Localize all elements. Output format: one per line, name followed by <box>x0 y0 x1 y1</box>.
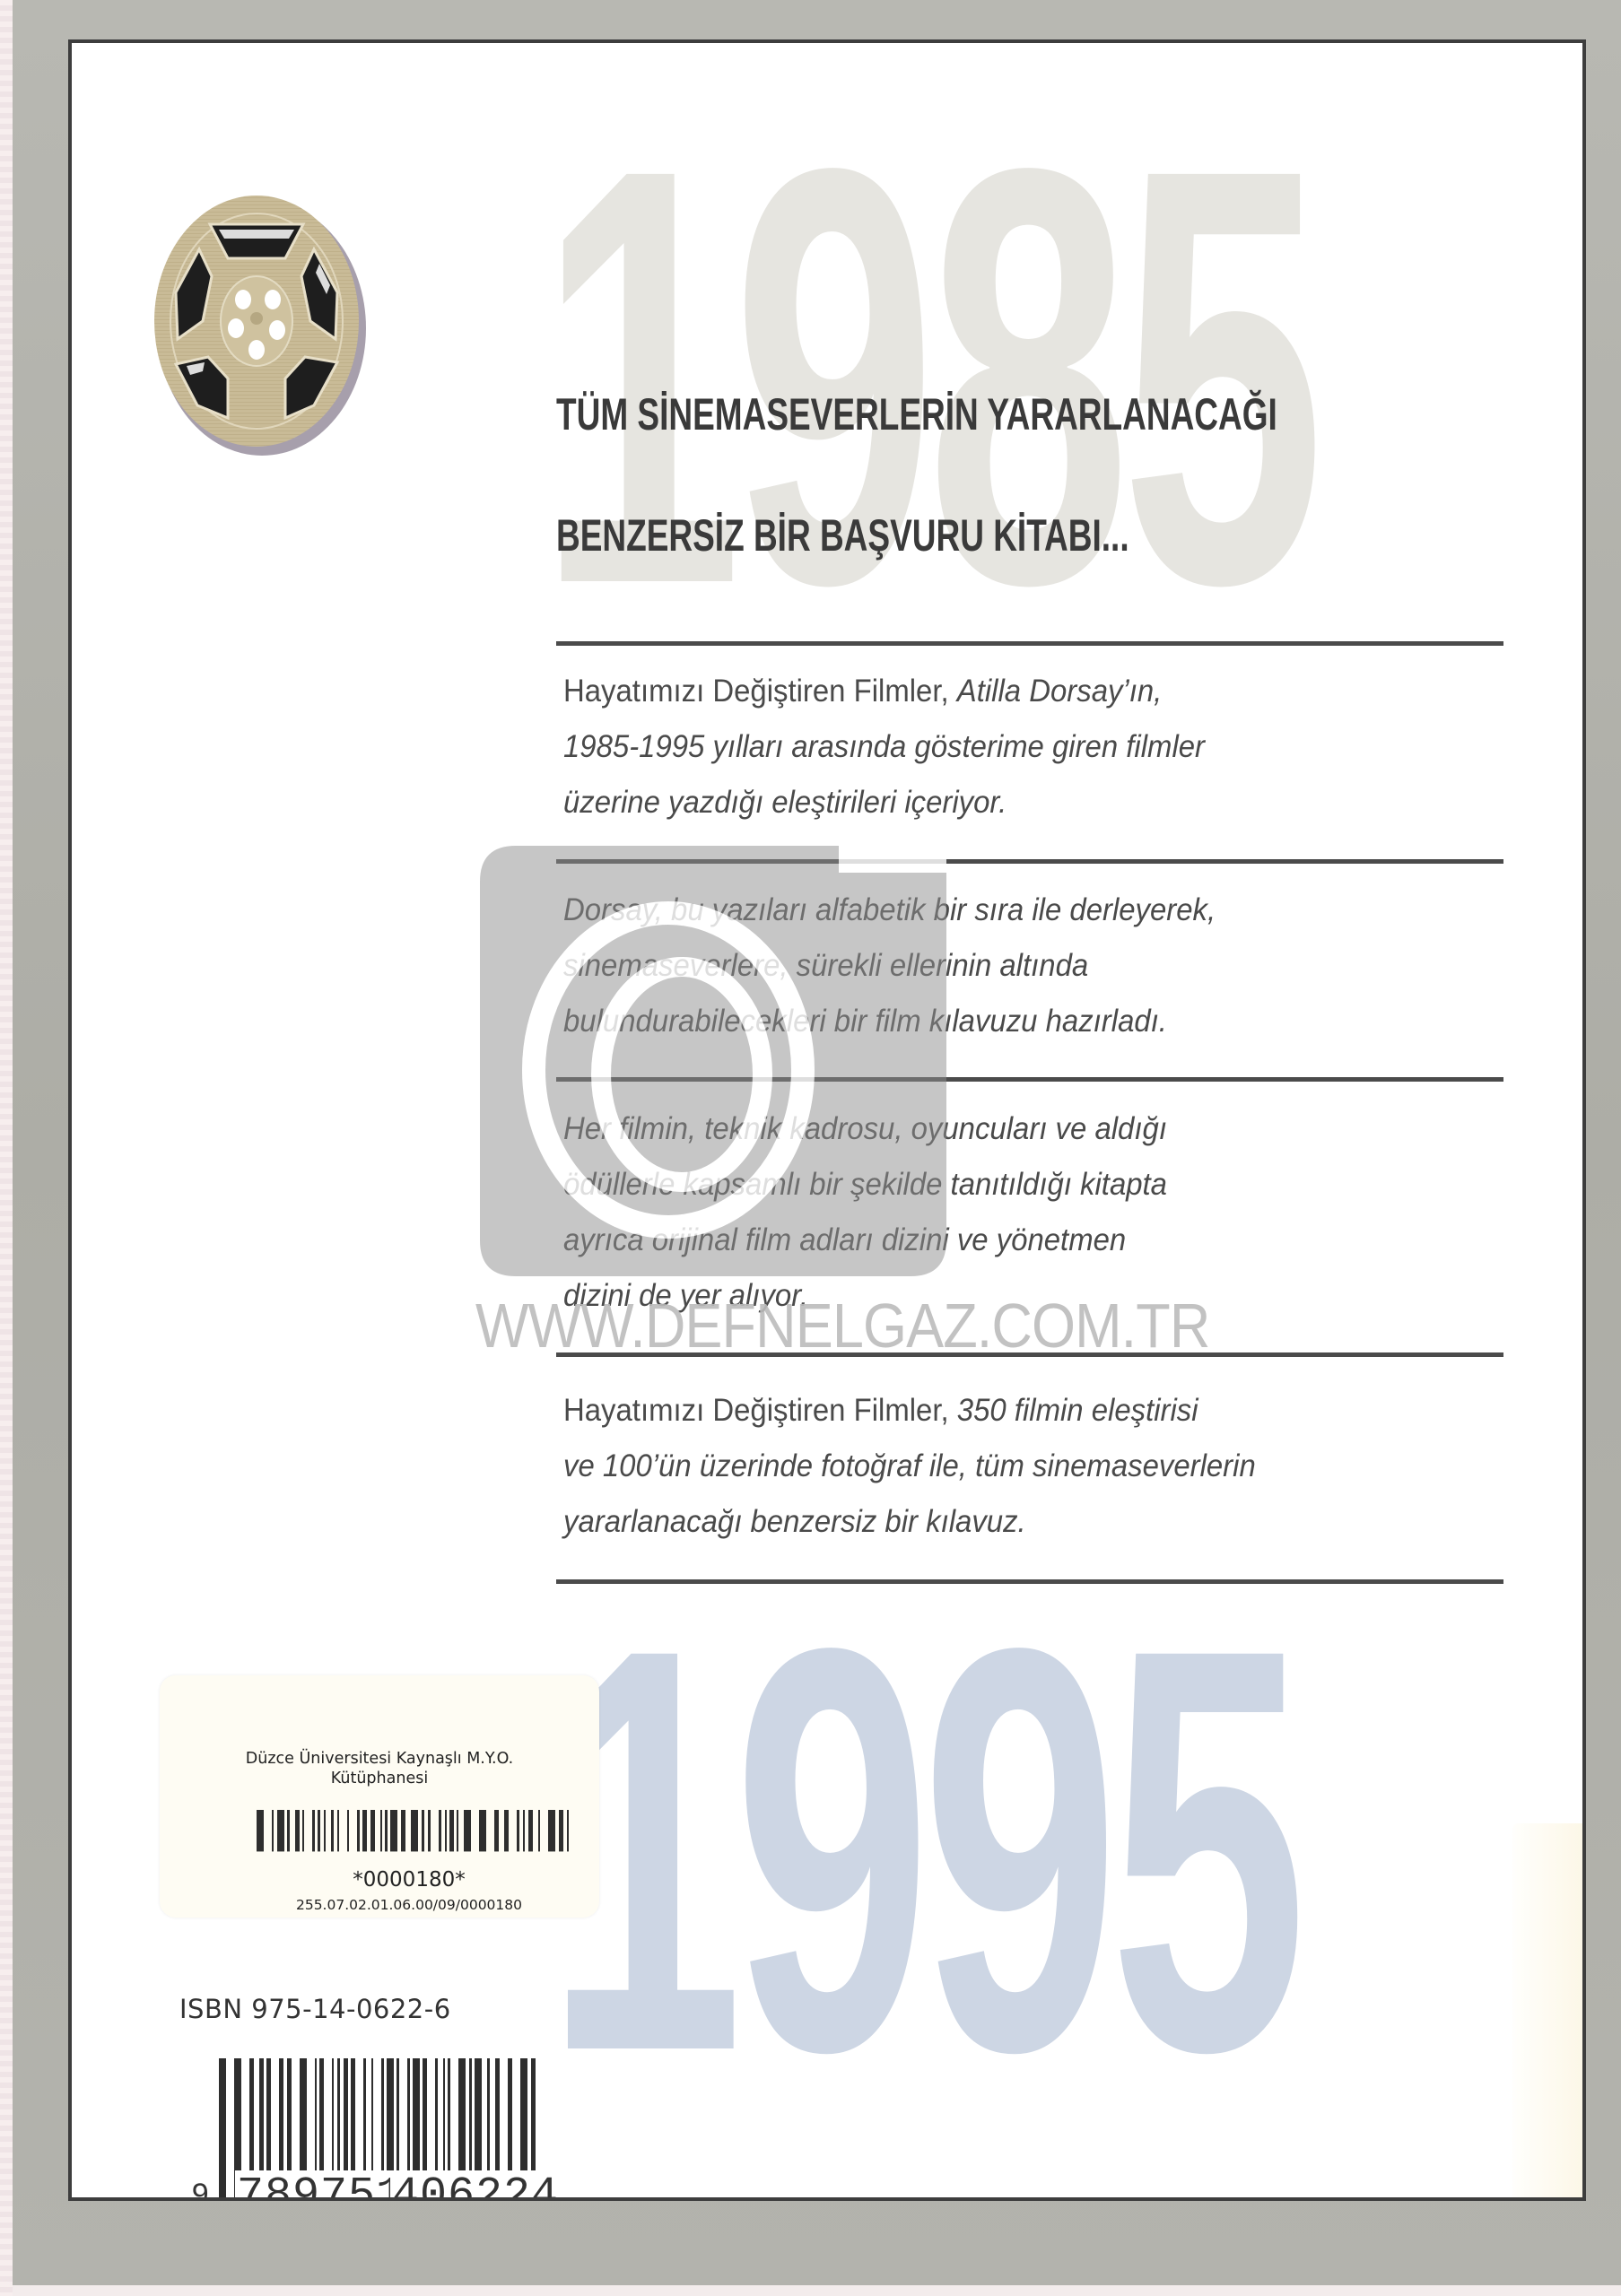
ean-left-digits: 789751 <box>235 2170 405 2201</box>
ean-first-digit: 9 <box>191 2179 209 2201</box>
isbn-label: ISBN 975-14-0622-6 <box>179 1994 451 2024</box>
book-back-cover: 1985 1995 <box>13 0 1621 2285</box>
spine-tape <box>1512 1823 1584 2201</box>
camera-watermark-icon <box>480 846 955 1276</box>
library-call-number: 255.07.02.01.06.00/09/0000180 <box>160 1897 599 1913</box>
watermark-url: WWW.DEFNELGAZ.COM.TR <box>475 1290 1209 1361</box>
paragraph-line: ve 100’ün üzerinde fotoğraf ile, tüm sin… <box>563 1439 1441 1494</box>
year-end-background: 1995 <box>545 1563 1297 2137</box>
tagline-line-2: BENZERSİZ BİR BAŞVURU KİTABI... <box>556 509 1129 561</box>
year-start-background: 1985 <box>538 81 1315 673</box>
tagline-line-1: TÜM SİNEMASEVERLERİN YARARLANACAĞI <box>556 388 1277 440</box>
library-barcode <box>257 1810 578 1862</box>
paragraph-line: Hayatımızı Değiştiren Filmler, 350 filmi… <box>563 1383 1441 1439</box>
ean-right-digits: 406224 <box>390 2170 561 2201</box>
paragraph-line: yararlanacağı benzersiz bir kılavuz. <box>563 1494 1441 1550</box>
library-name: Düzce Üniversitesi Kaynaşlı M.Y.O. Kütüp… <box>160 1749 599 1788</box>
library-barcode-number: *0000180* <box>160 1868 599 1892</box>
description-paragraph: Hayatımızı Değiştiren Filmler, 350 filmi… <box>563 1383 1441 1550</box>
paragraph-line: üzerine yazdığı eleştirileri içeriyor. <box>563 775 1441 831</box>
paragraph-line: Hayatımızı Değiştiren Filmler, Atilla Do… <box>563 664 1441 719</box>
cover-panel: 1985 1995 <box>68 39 1586 2201</box>
library-sticker: Düzce Üniversitesi Kaynaşlı M.Y.O. Kütüp… <box>160 1675 599 1918</box>
description-paragraph: Hayatımızı Değiştiren Filmler, Atilla Do… <box>563 664 1441 831</box>
scan-edge-strip <box>0 0 13 2296</box>
divider <box>556 641 1503 646</box>
paragraph-line: 1985-1995 yılları arasında gösterime gir… <box>563 719 1441 775</box>
divider <box>556 1579 1503 1584</box>
film-reel-icon <box>151 187 366 456</box>
